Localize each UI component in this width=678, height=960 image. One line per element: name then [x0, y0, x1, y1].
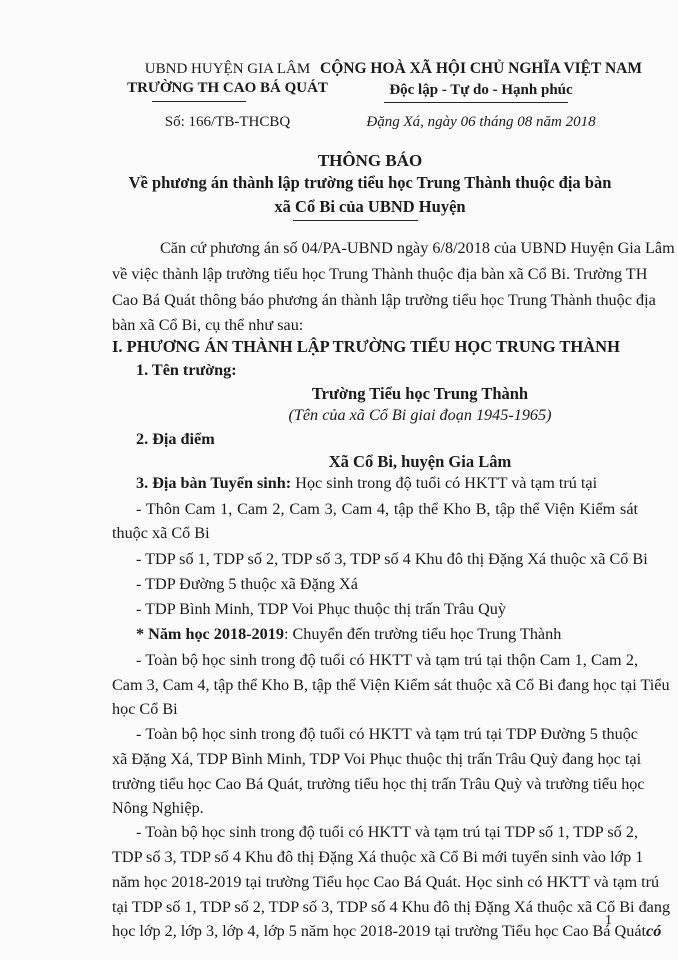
school-year-note: * Năm học 2018-2019: Chuyển đến trường t…	[136, 625, 561, 644]
intro-line: bàn xã Cổ Bi, cụ thể như sau:	[112, 316, 303, 335]
national-title: CỘNG HOÀ XÃ HỘI CHỦ NGHĨA VIỆT NAM	[318, 60, 644, 78]
paragraph-line: tại TDP số 1, TDP số 2, TDP số 3, TDP số…	[112, 898, 637, 917]
school-location: Xã Cổ Bi, huyện Gia Lâm	[180, 452, 660, 472]
item-2-label: 2. Địa điểm	[136, 430, 215, 449]
area-item: - TDP Đường 5 thuộc xã Đặng Xá	[136, 575, 358, 594]
national-motto: Độc lập - Tự do - Hạnh phúc	[318, 82, 644, 99]
title-underline	[293, 220, 418, 221]
paragraph-line: năm học 2018-2019 tại trường Tiểu học Ca…	[112, 873, 637, 892]
document-subtitle-line1: Về phương án thành lập trường tiểu học T…	[100, 173, 640, 193]
paragraph-line-text: học lớp 2, lớp 3, lớp 4, lớp 5 năm học 2…	[112, 922, 646, 941]
school-name-header: TRƯỜNG TH CAO BÁ QUÁT	[100, 80, 355, 97]
school-year-label: * Năm học 2018-2019	[136, 625, 284, 643]
school-name-note: (Tên của xã Cổ Bi giai đoạn 1945-1965)	[180, 406, 660, 425]
area-item: - TDP số 1, TDP số 2, TDP số 3, TDP số 4…	[136, 550, 648, 569]
document-subtitle-line2: xã Cổ Bi của UBND Huyện	[100, 197, 640, 217]
item-3-text: Học sinh trong độ tuổi có HKTT và tạm tr…	[291, 474, 597, 492]
school-year-text: : Chuyển đến trường tiểu học Trung Thành	[284, 625, 561, 643]
document-number: Số: 166/TB-THCBQ	[100, 114, 355, 131]
paragraph-line: - Toàn bộ học sinh trong độ tuổi có HKTT…	[136, 823, 638, 842]
paragraph-line: TDP số 3, TDP số 4 Khu đô thị Đặng Xá th…	[112, 848, 637, 867]
paragraph-line: trường tiểu học Cao Bá Quát, trường tiểu…	[112, 775, 637, 794]
intro-line: Cao Bá Quát thông báo phương án thành lậ…	[112, 291, 637, 310]
item-3-label: 3. Địa bàn Tuyển sinh:	[136, 474, 291, 492]
paragraph-line: xã Đặng Xá, TDP Bình Minh, TDP Voi Phục …	[112, 750, 637, 769]
paragraph-line: - Toàn bộ học sinh trong độ tuổi có HKTT…	[136, 725, 638, 744]
page-number: 1	[605, 913, 612, 929]
area-item: - TDP Bình Minh, TDP Voi Phục thuộc thị …	[136, 600, 506, 619]
section-heading: I. PHƯƠNG ÁN THÀNH LẬP TRƯỜNG TIỂU HỌC T…	[112, 337, 620, 357]
issuing-authority: UBND HUYỆN GIA LÂM	[100, 61, 355, 78]
paragraph-line: Nông Nghiệp.	[112, 799, 204, 818]
area-item-continued: thuộc xã Cổ Bi	[112, 524, 210, 543]
paragraph-line: Cam 3, Cam 4, tập thể Kho B, tập thể Việ…	[112, 676, 637, 695]
paragraph-line: - Toàn bộ học sinh trong độ tuổi có HKTT…	[136, 651, 638, 670]
header-left-underline	[152, 101, 246, 102]
paragraph-line: học Cổ Bi	[112, 700, 178, 719]
place-date: Đặng Xá, ngày 06 tháng 08 năm 2018	[318, 114, 644, 131]
document-title: THÔNG BÁO	[100, 151, 640, 171]
new-school-name: Trường Tiểu học Trung Thành	[180, 384, 660, 404]
document-page: UBND HUYỆN GIA LÂM TRƯỜNG TH CAO BÁ QUÁT…	[0, 0, 678, 960]
item-1-label: 1. Tên trường:	[136, 361, 237, 380]
intro-line: Căn cứ phương án số 04/PA-UBND ngày 6/8/…	[160, 239, 638, 258]
motto-underline	[384, 102, 568, 103]
intro-line: về việc thành lập trường tiểu học Trung …	[112, 265, 637, 284]
emphasis-text: có	[646, 922, 661, 941]
area-item: - Thôn Cam 1, Cam 2, Cam 3, Cam 4, tập t…	[136, 500, 638, 519]
item-3: 3. Địa bàn Tuyển sinh: Học sinh trong độ…	[136, 474, 597, 493]
paragraph-line: học lớp 2, lớp 3, lớp 4, lớp 5 năm học 2…	[112, 922, 637, 941]
